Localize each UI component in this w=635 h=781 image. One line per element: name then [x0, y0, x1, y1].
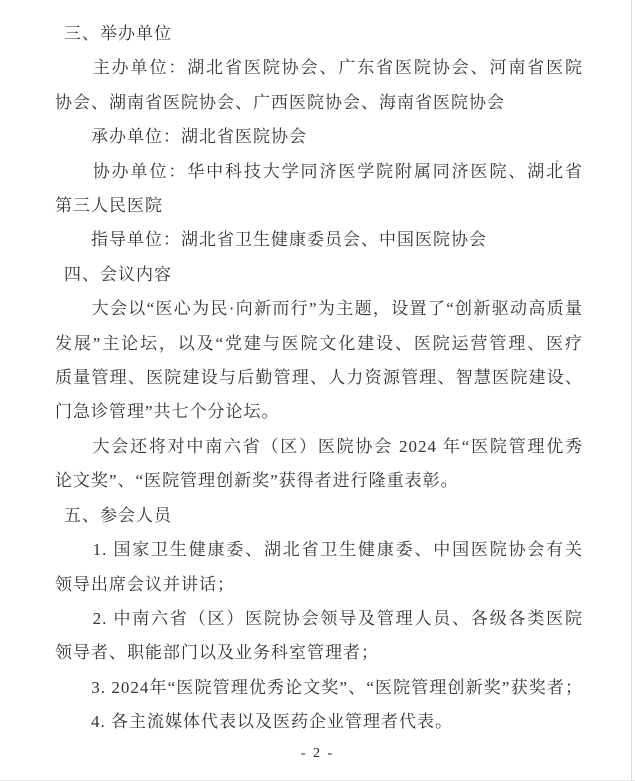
text-line: 指导单位：湖北省卫生健康委员会、中国医院协会	[55, 223, 583, 257]
text-line: 4. 各主流媒体代表以及医药企业管理者代表。	[55, 705, 583, 739]
text-line: 承办单位：湖北省医院协会	[55, 120, 583, 154]
text-line: 领导出席会议并讲话；	[55, 568, 583, 602]
text-line: 协办单位：华中科技大学同济医学院附属同济医院、湖北省	[55, 155, 583, 189]
section-heading: 四、会议内容	[55, 258, 583, 292]
section-heading: 五、参会人员	[55, 499, 583, 533]
scan-edge-line	[631, 0, 632, 781]
text-line: 论文奖”、“医院管理创新奖”获得者进行隆重表彰。	[55, 464, 583, 498]
text-line: 主办单位：湖北省医院协会、广东省医院协会、河南省医院	[55, 51, 583, 85]
text-line: 大会以“医心为民·向新而行”为主题，设置了“创新驱动高质量	[55, 292, 583, 326]
page-number: - 2 -	[0, 746, 635, 762]
text-line: 门急诊管理”共七个分论坛。	[55, 395, 583, 429]
text-line: 质量管理、医院建设与后勤管理、人力资源管理、智慧医院建设、	[55, 361, 583, 395]
text-line: 2. 中南六省（区）医院协会领导及管理人员、各级各类医院	[55, 602, 583, 636]
text-line: 1. 国家卫生健康委、湖北省卫生健康委、中国医院协会有关	[55, 533, 583, 567]
text-line: 第三人民医院	[55, 189, 583, 223]
document-body: 三、举办单位 主办单位：湖北省医院协会、广东省医院协会、河南省医院协会、湖南省医…	[55, 17, 583, 740]
document-page: 三、举办单位 主办单位：湖北省医院协会、广东省医院协会、河南省医院协会、湖南省医…	[0, 0, 635, 781]
text-line: 协会、湖南省医院协会、广西医院协会、海南省医院协会	[55, 86, 583, 120]
text-line: 发展”主论坛，以及“党建与医院文化建设、医院运营管理、医疗	[55, 327, 583, 361]
text-line: 3. 2024年“医院管理优秀论文奖”、“医院管理创新奖”获奖者；	[55, 671, 583, 705]
section-heading: 三、举办单位	[55, 17, 583, 51]
scan-speck	[556, 62, 558, 64]
scan-speck	[556, 160, 558, 162]
text-line: 领导者、职能部门以及业务科室管理者；	[55, 636, 583, 670]
text-line: 大会还将对中南六省（区）医院协会 2024 年“医院管理优秀	[55, 430, 583, 464]
